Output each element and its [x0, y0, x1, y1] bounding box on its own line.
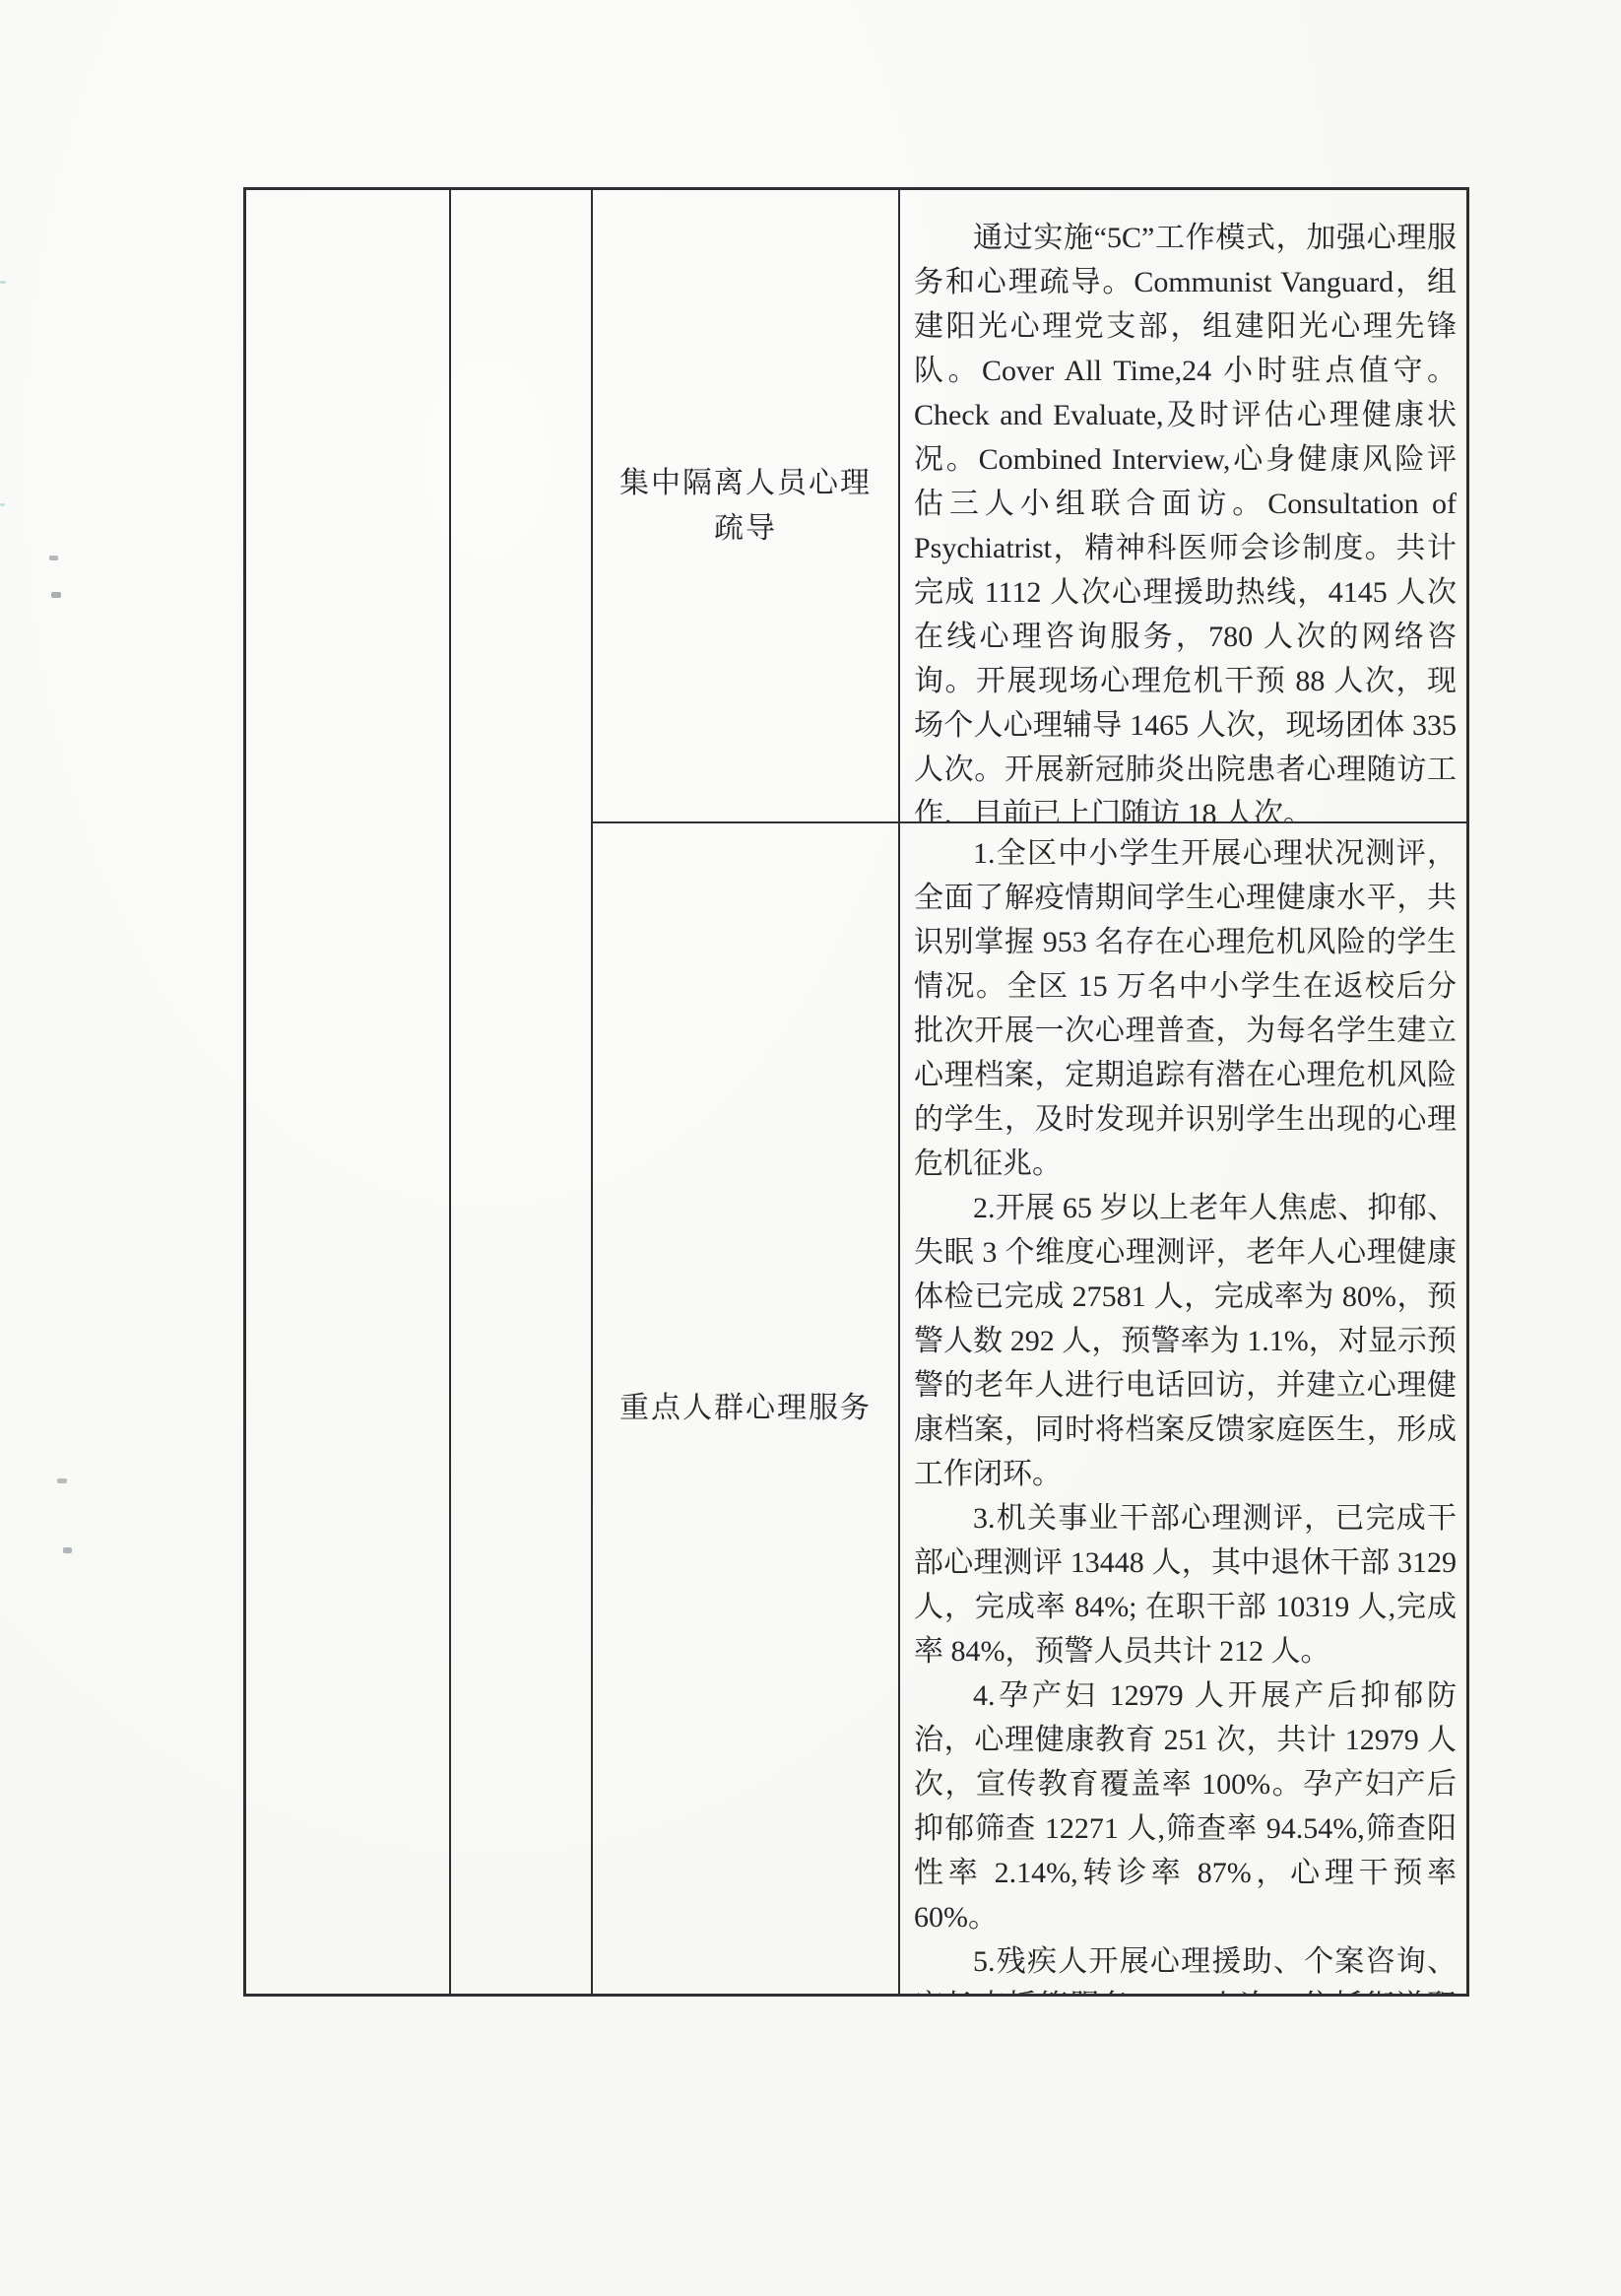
paragraph-pregnant-women: 4.孕产妇 12979 人开展产后抑郁防治，心理健康教育 251 次，共计 12…: [914, 1673, 1457, 1939]
scan-speck: [49, 556, 58, 560]
row-content-key-groups-service: 1.全区中小学生开展心理状况测评，全面了解疫情期间学生心理健康水平，共识别掌握 …: [900, 823, 1466, 1994]
row-label-quarantine-counseling: 集中隔离人员心理疏导: [593, 190, 898, 821]
scan-speck: [0, 281, 6, 284]
scanned-document-page: 集中隔离人员心理疏导 通过实施“5C”工作模式，加强心理服务和心理疏导。Comm…: [0, 0, 1621, 2296]
scan-speck: [51, 592, 61, 598]
paragraph-cadres: 3.机关事业干部心理测评，已完成干部心理测评 13448 人，其中退休干部 31…: [914, 1496, 1457, 1673]
scan-speck: [57, 1478, 67, 1483]
paragraph-elderly: 2.开展 65 岁以上老年人焦虑、抑郁、失眠 3 个维度心理测评，老年人心理健康…: [914, 1186, 1457, 1496]
column-divider-1: [449, 190, 451, 1994]
row-content-quarantine-counseling: 通过实施“5C”工作模式，加强心理服务和心理疏导。Communist Vangu…: [900, 190, 1466, 821]
paragraph-students: 1.全区中小学生开展心理状况测评，全面了解疫情期间学生心理健康水平，共识别掌握 …: [914, 831, 1457, 1186]
row-label-key-groups-service: 重点人群心理服务: [593, 823, 898, 1994]
scan-speck: [63, 1547, 72, 1553]
scan-speck: [0, 503, 5, 506]
report-table: 集中隔离人员心理疏导 通过实施“5C”工作模式，加强心理服务和心理疏导。Comm…: [243, 187, 1469, 1997]
paragraph: 通过实施“5C”工作模式，加强心理服务和心理疏导。Communist Vangu…: [914, 216, 1457, 821]
paragraph-disabled: 5.残疾人开展心理援助、个案咨询、家长支援等服务 5153 人次。依托街道职康中…: [914, 1939, 1457, 1994]
